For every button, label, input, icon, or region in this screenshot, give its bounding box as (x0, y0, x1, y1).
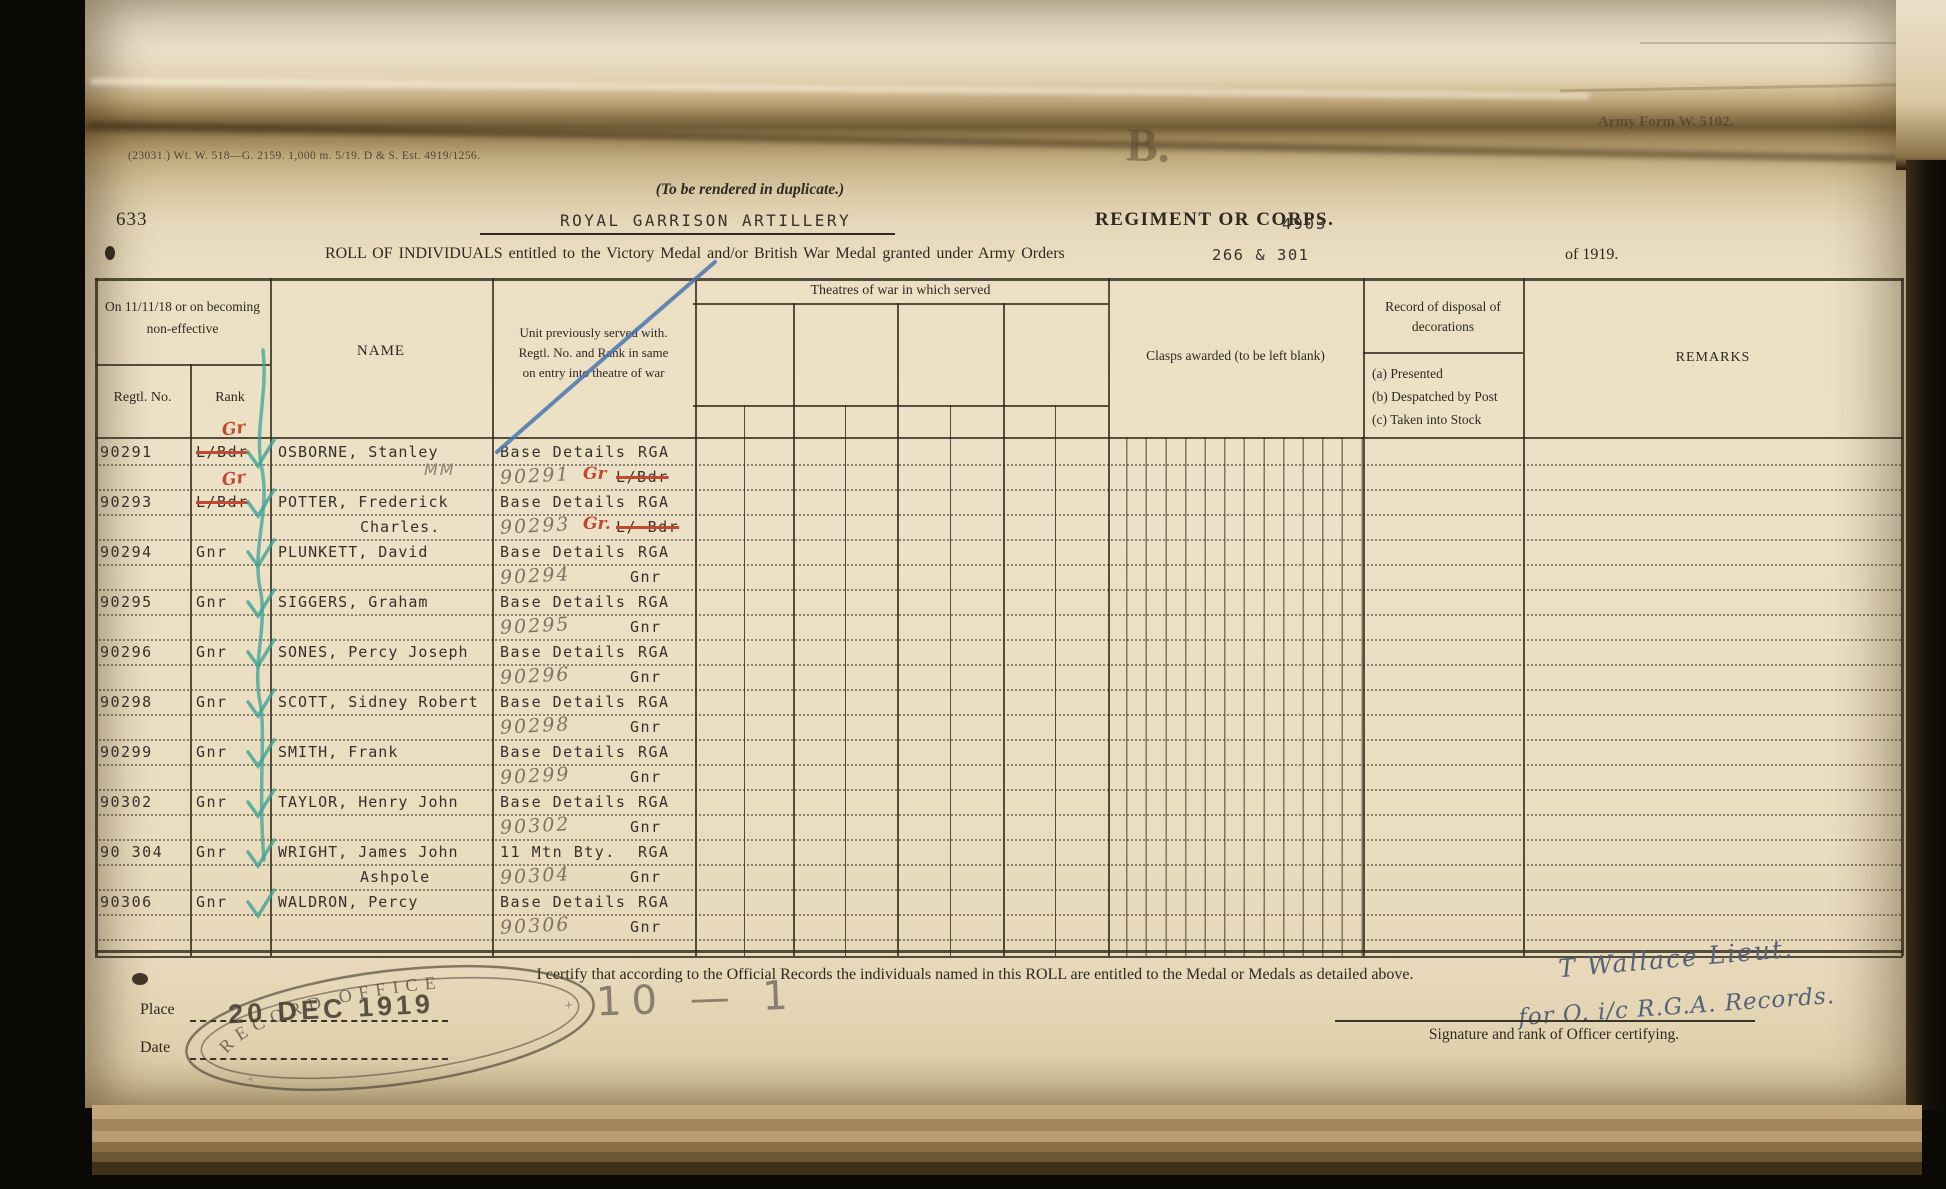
cell-unit-corps: RGA (638, 643, 670, 661)
cell-rank: Gnr (196, 743, 228, 761)
cell-name: OSBORNE, Stanley (278, 443, 439, 461)
cell-name-line2: Ashpole (360, 868, 430, 886)
cell-regtl-no: 90296 (100, 643, 153, 661)
cell-regtl-no: 90294 (100, 543, 153, 561)
handwritten-regtl-no: 90294 (499, 563, 571, 589)
cell-unit-corps: RGA (638, 593, 670, 611)
cell-regtl-no: 90302 (100, 793, 153, 811)
handwritten-regtl-no: 90296 (499, 663, 571, 689)
date-label: Date (140, 1039, 170, 1057)
cell-unit-corps: RGA (638, 893, 670, 911)
handwritten-regtl-no: 90291 (499, 463, 571, 489)
cell-regtl-no: 90291 (100, 443, 153, 461)
cell-regtl-no: 90295 (100, 593, 153, 611)
cell-unit-corps: RGA (638, 793, 670, 811)
cell-unit-corps: RGA (638, 843, 670, 861)
cell-unit-rank: L/ Bdr (616, 518, 679, 536)
cell-unit: Base Details (500, 543, 626, 561)
cell-name: SMITH, Frank (278, 743, 398, 761)
cell-unit: Base Details (500, 693, 626, 711)
handwritten-regtl-no: 90298 (499, 713, 571, 739)
cell-name: SIGGERS, Graham (278, 593, 428, 611)
cell-unit-corps: RGA (638, 693, 670, 711)
cell-rank: Gnr (196, 593, 228, 611)
date-line (190, 1058, 448, 1060)
cell-unit: Base Details (500, 643, 626, 661)
cell-name: WRIGHT, James John (278, 843, 459, 861)
cell-unit-rank: L/Bdr (616, 468, 669, 486)
cell-unit-rank: Gnr (630, 818, 662, 836)
cell-unit-rank: Gnr (630, 768, 662, 786)
cell-regtl-no: 90299 (100, 743, 153, 761)
cell-unit-corps: RGA (638, 543, 670, 561)
cell-rank: Gnr (196, 893, 228, 911)
handwritten-regtl-no: 90293 (499, 513, 571, 539)
cell-regtl-no: 90293 (100, 493, 153, 511)
cell-unit: Base Details (500, 443, 626, 461)
scanned-medal-roll-page: (23031.) Wt. W. 518—G. 2159. 1,000 m. 5/… (0, 0, 1946, 1189)
cell-unit-corps: RGA (638, 443, 670, 461)
cell-unit-rank: Gnr (630, 618, 662, 636)
cell-rank: Gnr (196, 543, 228, 561)
cell-regtl-no: 90298 (100, 693, 153, 711)
cell-unit-rank: Gnr (630, 718, 662, 736)
cell-rank: Gnr (196, 693, 228, 711)
cell-name: WALDRON, Percy (278, 893, 418, 911)
cell-unit-rank: Gnr (630, 668, 662, 686)
cell-rank: L/Bdr (196, 493, 249, 511)
cell-unit: Base Details (500, 793, 626, 811)
rank-correction-red: Gr (221, 417, 247, 440)
handwritten-regtl-no: 90299 (499, 763, 571, 789)
handwritten-regtl-no: 90295 (499, 613, 571, 639)
cell-rank: Gnr (196, 793, 228, 811)
cell-rank: Gnr (196, 843, 228, 861)
signature-caption: Signature and rank of Officer certifying… (1389, 1026, 1719, 1044)
certification-text: I certify that according to the Official… (420, 966, 1530, 984)
pencil-annotation-mm: MM (424, 460, 456, 479)
cell-unit: Base Details (500, 743, 626, 761)
handwritten-regtl-no: 90302 (499, 813, 571, 839)
cell-regtl-no: 90 304 (100, 843, 163, 861)
cell-name-line2: Charles. (360, 518, 440, 536)
rank-correction-red: Gr (221, 467, 247, 490)
cell-name: SONES, Percy Joseph (278, 643, 469, 661)
cell-name: SCOTT, Sidney Robert (278, 693, 479, 711)
cell-unit: Base Details (500, 593, 626, 611)
cell-unit-rank: Gnr (630, 868, 662, 886)
cell-unit: 11 Mtn Bty. (500, 843, 616, 861)
cell-unit: Base Details (500, 893, 626, 911)
cell-name: TAYLOR, Henry John (278, 793, 459, 811)
handwritten-regtl-no: 90306 (499, 913, 571, 939)
cell-name: POTTER, Frederick (278, 493, 449, 511)
place-label: Place (140, 1001, 175, 1019)
handwritten-correction-red: Gr. (583, 514, 611, 534)
cell-unit-corps: RGA (638, 743, 670, 761)
cell-unit-rank: Gnr (630, 568, 662, 586)
cell-name: PLUNKETT, David (278, 543, 428, 561)
cell-rank: Gnr (196, 643, 228, 661)
cell-rank: L/Bdr (196, 443, 249, 461)
cell-unit-corps: RGA (638, 493, 670, 511)
cell-unit-rank: Gnr (630, 918, 662, 936)
cell-unit: Base Details (500, 493, 626, 511)
pencil-tally-note: 10 — 1 (595, 972, 798, 1025)
signature-line (1335, 1020, 1755, 1022)
handwritten-correction-red: Gr (583, 464, 606, 484)
handwritten-regtl-no: 90304 (499, 863, 571, 889)
cell-regtl-no: 90306 (100, 893, 153, 911)
